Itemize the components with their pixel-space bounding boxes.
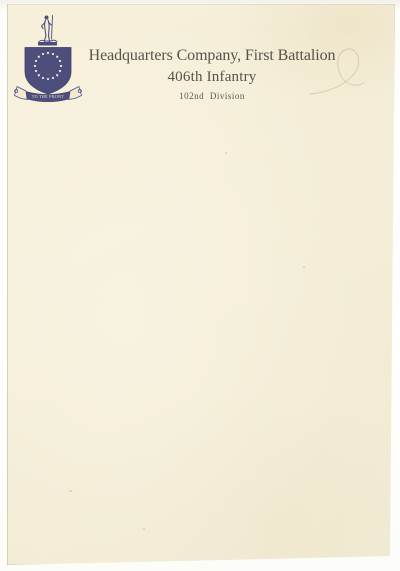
motto-text: TO THE FRONT: [32, 94, 64, 99]
paper-speck: [69, 490, 72, 492]
paper-speck: [303, 266, 305, 268]
paper-speck: [143, 528, 145, 530]
scanner-background: TO THE FRONT Headquarters Company, First…: [0, 0, 400, 571]
pencil-scribble: [302, 42, 397, 110]
paper-speck: [225, 152, 227, 154]
letterhead-paper: TO THE FRONT Headquarters Company, First…: [7, 4, 395, 565]
minuteman-statue-icon: [38, 16, 57, 46]
